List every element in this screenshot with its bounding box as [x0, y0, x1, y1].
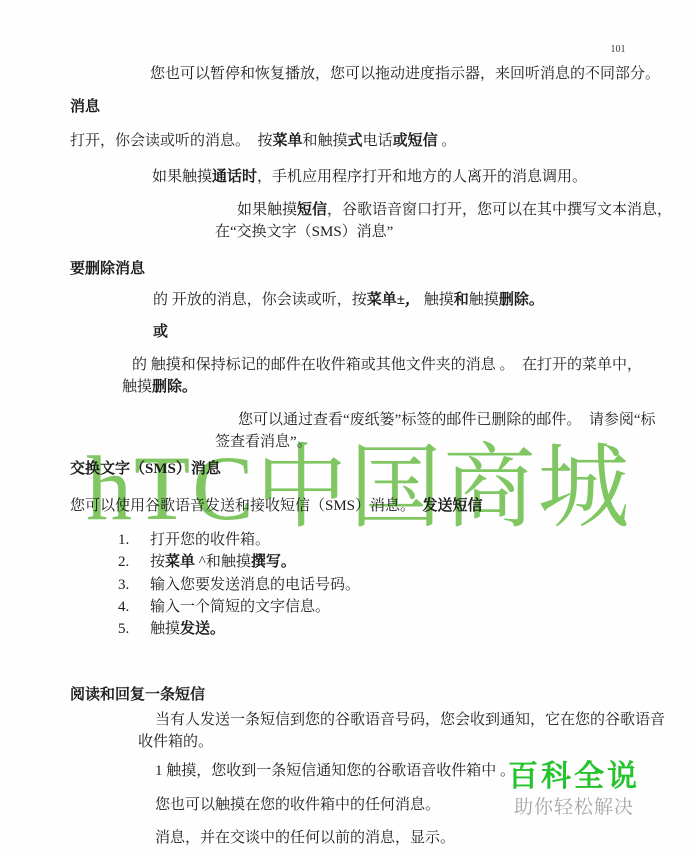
conversation-line: 消息，并在交谈中的任何以前的消息，显示。: [155, 830, 455, 847]
or-line: 或: [153, 324, 168, 341]
notify-line: 收件箱的。: [138, 734, 213, 751]
site-logo: 百科全说 助你轻松解决: [508, 758, 640, 820]
step-text: 触摸发送。: [150, 621, 225, 638]
delete-open-line: 的 开放的消息，你会读或听，按菜单±， 触摸和触摸删除。: [153, 292, 544, 309]
step-number: 4.: [118, 599, 129, 616]
trash-line: 签查看消息”。: [215, 434, 312, 451]
touch-sms-line: 在“交换文字（SMS）消息”: [215, 224, 393, 241]
page-number: 101: [598, 44, 638, 55]
logo-subtitle: 助你轻松解决: [508, 796, 640, 820]
document-page: 101 hTC中国商城 您也可以暂停和恢复播放，您可以拖动进度指示器，来回听消息…: [0, 0, 692, 856]
step-text: 打开您的收件箱。: [150, 532, 270, 549]
step-text: 输入您要发送消息的电话号码。: [150, 577, 360, 594]
trash-line: 您可以通过查看“废纸篓”标签的邮件已删除的邮件。 请参阅“标: [238, 412, 655, 429]
touch-inbox-line: 您也可以触摸在您的收件箱中的任何消息。: [155, 797, 440, 814]
heading-delete: 要删除消息: [70, 261, 145, 278]
delete-hold-line: 触摸删除。: [122, 379, 197, 396]
touch-call-line: 如果触摸通话时，手机应用程序打开和地方的人离开的消息调用。: [152, 169, 587, 186]
touch-notification-line: 1 触摸，您收到一条短信通知您的谷歌语音收件箱中 。: [155, 763, 515, 780]
delete-hold-line: 的 触摸和保持标记的邮件在收件箱或其他文件夹的消息 。 在打开的菜单中，: [132, 357, 642, 374]
step-number: 3.: [118, 577, 129, 594]
heading-read-reply: 阅读和回复一条短信: [70, 687, 205, 704]
notify-line: 当有人发送一条短信到您的谷歌语音号码，您会收到通知，它在您的谷歌语音: [155, 712, 665, 729]
send-sms-intro-line: 您可以使用谷歌语音发送和接收短信（SMS）消息。 发送短信: [70, 498, 483, 515]
heading-sms-exchange: 交换文字（SMS）消息: [70, 461, 221, 478]
step-number: 2.: [118, 554, 129, 571]
touch-sms-line: 如果触摸短信，谷歌语音窗口打开，您可以在其中撰写文本消息，: [237, 202, 672, 219]
logo-title: 百科全说: [508, 758, 640, 796]
watermark-text: hTC中国商城: [86, 438, 632, 538]
open-message-line: 打开，你会读或听的消息。 按菜单和触摸式电话或短信 。: [70, 133, 456, 150]
heading-messages: 消息: [70, 99, 100, 116]
step-number: 1.: [118, 532, 129, 549]
step-text: 输入一个简短的文字信息。: [150, 599, 330, 616]
intro-line: 您也可以暂停和恢复播放，您可以拖动进度指示器，来回听消息的不同部分。: [150, 66, 660, 83]
step-number: 5.: [118, 621, 129, 638]
step-text: 按菜单 ^和触摸撰写。: [150, 554, 296, 571]
